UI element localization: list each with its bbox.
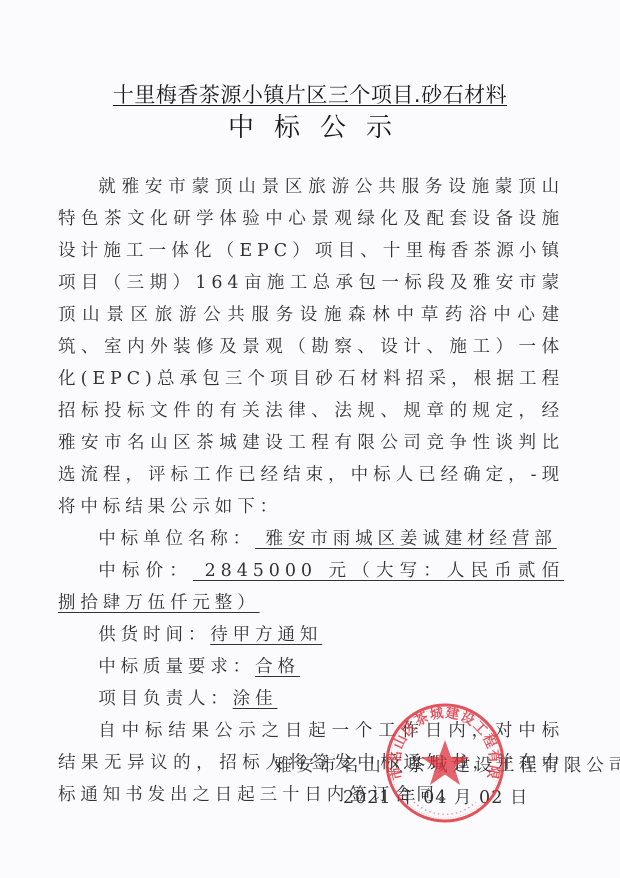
field-bid-price: 中标价： 2845000 元（大写：人民币贰佰捌拾肆万伍仟元整） xyxy=(58,555,564,619)
field-value: 合格 xyxy=(255,657,300,677)
signature-company: 雅安市名山区茶城建设工程有限公司 xyxy=(274,753,620,779)
document-page: 十里梅香茶源小镇片区三个项目.砂石材料 中标公示 就雅安市蒙顶山景区旅游公共服务… xyxy=(0,0,620,878)
field-delivery-time: 供货时间：待甲方通知 xyxy=(58,619,564,651)
field-project-manager: 项目负责人：涂佳 xyxy=(58,683,564,715)
signature-date: 2021 年 04 月 02 日 xyxy=(343,785,528,811)
field-label: 中标价： xyxy=(98,561,193,581)
field-quality-requirement: 中标质量要求：合格 xyxy=(58,651,564,683)
document-title: 十里梅香茶源小镇片区三个项目.砂石材料 xyxy=(0,82,620,108)
field-winning-bidder: 中标单位名称： 雅安市雨城区姜诚建材经营部 xyxy=(58,523,564,555)
field-label: 中标单位名称： xyxy=(98,529,255,549)
field-value: 雅安市雨城区姜诚建材经营部 xyxy=(255,529,557,549)
document-title-text: 十里梅香茶源小镇片区三个项目.砂石材料 xyxy=(113,83,507,107)
intro-paragraph: 就雅安市蒙顶山景区旅游公共服务设施蒙顶山特色茶文化研学体验中心景观绿化及配套设备… xyxy=(58,171,564,523)
field-label: 供货时间： xyxy=(98,625,210,645)
field-label: 中标质量要求： xyxy=(98,657,255,677)
document-subtitle: 中标公示 xyxy=(0,112,620,144)
field-value: 涂佳 xyxy=(233,689,278,709)
field-label: 项目负责人： xyxy=(98,689,232,709)
field-value: 待甲方通知 xyxy=(210,625,322,645)
document-body: 就雅安市蒙顶山景区旅游公共服务设施蒙顶山特色茶文化研学体验中心景观绿化及配套设备… xyxy=(58,171,564,811)
